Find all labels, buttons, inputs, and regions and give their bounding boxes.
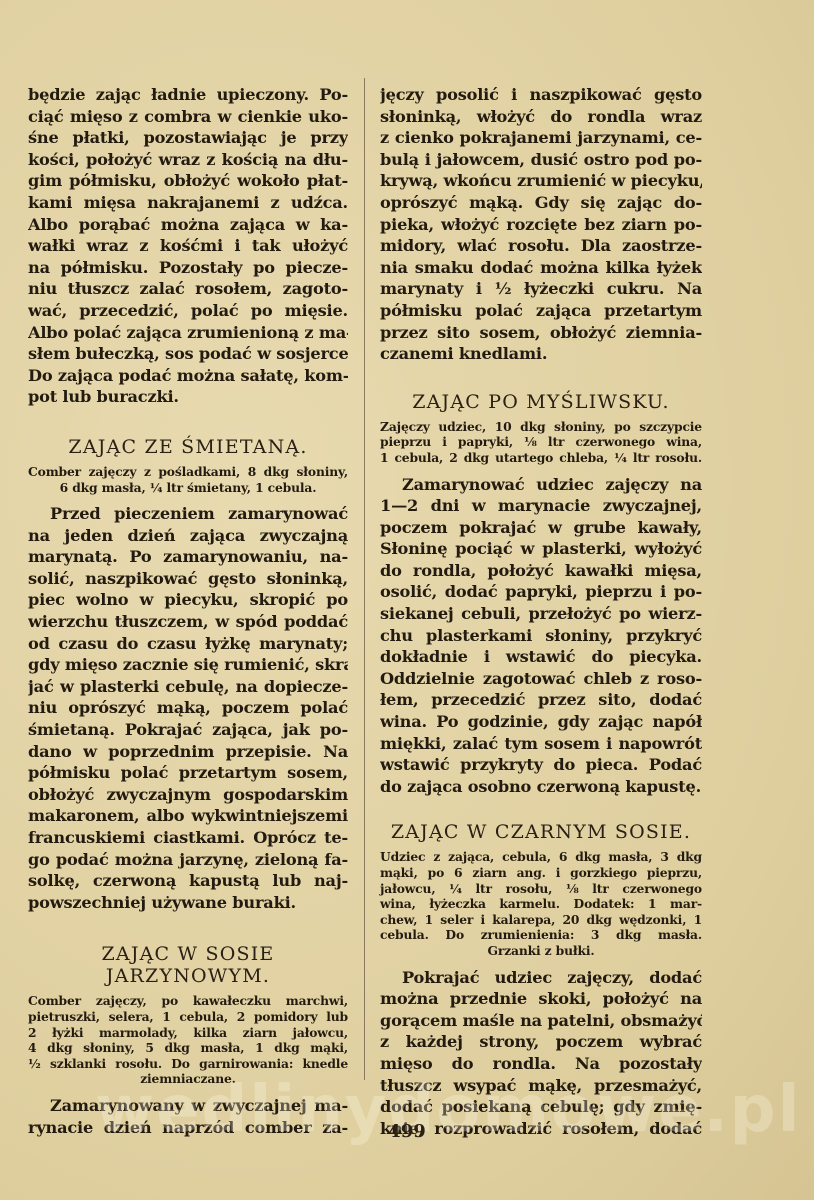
ingredient-line: Comber zajęczy, po kawałeczku marchwi, [28,993,348,1009]
ingredient-line: pieprzu i papryki, ⅛ ltr czerwonego wina… [380,434,702,450]
title-line: JARZYNOWYM. [106,965,270,987]
ingredient-line: cebula. Do zrumienienia: 3 dkg masła. [380,927,702,943]
text-line: go podać można jarzynę, zieloną fa- [28,849,348,871]
text-line: osolić, dodać papryki, pieprzu i po- [380,581,702,603]
text-line: makaronem, albo wykwintniejszemi [28,805,348,827]
text-line: Słoninę pociąć w plasterki, wyłożyć [380,538,702,560]
text-line: wstawić przykryty do pieca. Podać [380,754,702,776]
ingredient-line: pietruszki, selera, 1 cebula, 2 pomidory… [28,1009,348,1025]
text-line: poczem pokrajać w grube kawały, [380,517,702,539]
ingredient-line: 6 dkg masła, ¼ ltr śmietany, 1 cebula. [28,480,348,496]
ingredient-line: Comber zajęczy z pośladkami, 8 dkg słoni… [28,464,348,480]
text-line: kości, położyć wraz z kością na dłu- [28,149,348,171]
text-line: Oddzielnie zagotować chleb z roso- [380,668,702,690]
text-line: powszechniej używane buraki. [28,892,348,914]
text-line: od czasu do czasu łyżkę marynaty; [28,633,348,655]
book-page: będzie zając ładnie upieczony. Po- ciąć … [0,0,814,1200]
text-line: gdy mięso zacznie się rumienić, skra- [28,654,348,676]
text-line: śne płatki, pozostawiając je przy [28,127,348,149]
text-line: dokładnie i wstawić do piecyka. [380,646,702,668]
recipe-title: ZAJĄC W SOSIE JARZYNOWYM. [28,943,348,987]
ingredient-line: ½ szklanki rosołu. Do garnirowania: kned… [28,1056,348,1072]
recipe-method: Pokrajać udziec zajęczy, dodać można prz… [380,967,702,1140]
text-line: przez sito sosem, obłożyć ziemnia- [380,322,702,344]
text-line: Zamarynować udziec zajęczy na [380,474,702,496]
text-line: krywą, wkońcu zrumienić w piecyku, [380,170,702,192]
recipe-method: Przed pieczeniem zamarynować na jeden dz… [28,503,348,913]
ingredient-line: Grzanki z bułki. [380,943,702,959]
text-line: obłożyć zwyczajnym gospodarskim [28,784,348,806]
intro-paragraph: będzie zając ładnie upieczony. Po- ciąć … [28,84,348,408]
text-line: z cienko pokrajanemi jarzynami, ce- [380,127,702,149]
text-line: solić, naszpikować gęsto słoninką, [28,568,348,590]
text-line: bulą i jałowcem, dusić ostro pod po- [380,149,702,171]
text-line: pot lub buraczki. [28,386,348,408]
text-line: Przed pieczeniem zamarynować [28,503,348,525]
text-line: można przednie skoki, położyć na [380,988,702,1010]
text-line: słoninką, włożyć do rondla wraz [380,106,702,128]
text-line: słem bułeczką, sos podać w sosjerce. [28,343,348,365]
title-line: ZAJĄC W SOSIE [102,943,275,965]
recipe-method: Zamarynować udziec zajęczy na 1—2 dni w … [380,474,702,798]
text-line: wina. Po godzinie, gdy zając napół [380,711,702,733]
text-line: Do zająca podać można sałatę, kom- [28,365,348,387]
text-line: niu oprószyć mąką, poczem polać [28,697,348,719]
ingredient-line: 1 cebula, 2 dkg utartego chleba, ¼ ltr r… [380,450,702,466]
text-line: łem, przecedzić przez sito, dodać [380,689,702,711]
text-line: chu plasterkami słoniny, przykryć [380,625,702,647]
text-line: niu tłuszcz zalać rosołem, zagoto- [28,278,348,300]
text-line: wać, przecedzić, polać po mięsie. [28,300,348,322]
ingredient-line: chew, 1 seler i kalarepa, 20 dkg wędzonk… [380,912,702,928]
text-line: gim półmisku, obłożyć wokoło płat- [28,170,348,192]
text-line: śmietaną. Pokrajać zająca, jak po- [28,719,348,741]
continuation-paragraph: jęczy posolić i naszpikować gęsto słonin… [380,84,702,365]
text-line: oprószyć mąką. Gdy się zając do- [380,192,702,214]
text-line: pieka, włożyć rozcięte bez ziarn po- [380,214,702,236]
recipe-title: ZAJĄC W CZARNYM SOSIE. [380,821,702,843]
recipe-title: ZAJĄC PO MYŚLIWSKU. [380,391,702,413]
text-line: francuskiemi ciastkami. Oprócz te- [28,827,348,849]
text-line: z każdej strony, poczem wybrać [380,1031,702,1053]
ingredient-line: 2 łyżki marmolady, kilka ziarn jałowcu, [28,1025,348,1041]
ingredient-line: Zajęczy udziec, 10 dkg słoniny, po szczy… [380,419,702,435]
text-line: dodać posiekaną cebulę; gdy zmię- [380,1096,702,1118]
text-line: Albo polać zająca zrumienioną z ma- [28,322,348,344]
right-column: jęczy posolić i naszpikować gęsto słonin… [380,84,702,1139]
text-line: Albo porąbać można zająca w ka- [28,214,348,236]
ingredient-line: mąki, po 6 ziarn ang. i gorzkiego pieprz… [380,865,702,881]
text-line: midory, wlać rosołu. Dla zaostrze- [380,235,702,257]
text-line: ciąć mięso z combra w cienkie uko- [28,106,348,128]
text-line: jać w plasterki cebulę, na dopiecze- [28,676,348,698]
text-line: tłuszcz wsypać mąkę, przesmażyć, [380,1075,702,1097]
text-line: piec wolno w piecyku, skropić po [28,589,348,611]
text-line: będzie zając ładnie upieczony. Po- [28,84,348,106]
text-line: jęczy posolić i naszpikować gęsto [380,84,702,106]
text-line: czanemi knedlami. [380,343,702,365]
text-line: 1—2 dni w marynacie zwyczajnej, [380,495,702,517]
ingredients-list: Udziec z zająca, cebula, 6 dkg masła, 3 … [380,849,702,958]
text-line: dano w poprzednim przepisie. Na [28,741,348,763]
text-line: do zająca osobno czerwoną kapustę. [380,776,702,798]
text-line: półmisku polać przetartym sosem, [28,762,348,784]
left-column: będzie zając ładnie upieczony. Po- ciąć … [28,84,348,1138]
text-line: na półmisku. Pozostały po piecze- [28,257,348,279]
text-line: mięso do rondla. Na pozostały [380,1053,702,1075]
ingredients-list: Comber zajęczy z pośladkami, 8 dkg słoni… [28,464,348,495]
text-line: nia smaku dodać można kilka łyżek [380,257,702,279]
text-line: do rondla, położyć kawałki mięsa, [380,560,702,582]
text-line: kami mięsa nakrajanemi z udźca. [28,192,348,214]
text-line: miękki, zalać tym sosem i napowrót [380,733,702,755]
text-line: gorącem maśle na patelni, obsmażyć [380,1010,702,1032]
ingredient-line: Udziec z zająca, cebula, 6 dkg masła, 3 … [380,849,702,865]
page-number: 499 [0,1121,814,1142]
text-line: marynatą. Po zamarynowaniu, na- [28,546,348,568]
ingredients-list: Zajęczy udziec, 10 dkg słoniny, po szczy… [380,419,702,466]
text-line: półmisku polać zająca przetartym [380,300,702,322]
ingredient-line: ziemniaczane. [28,1071,348,1087]
text-line: solkę, czerwoną kapustą lub naj- [28,870,348,892]
ingredient-line: jałowcu, ¼ ltr rosołu, ⅛ ltr czerwonego [380,881,702,897]
ingredients-list: Comber zajęczy, po kawałeczku marchwi, p… [28,993,348,1087]
column-divider [364,78,365,1080]
text-line: Zamarynowany w zwyczajnej ma- [28,1095,348,1117]
recipe-title: ZAJĄC ZE ŚMIETANĄ. [28,436,348,458]
ingredient-line: wina, łyżeczka karmelu. Dodatek: 1 mar- [380,896,702,912]
text-line: marynaty i ½ łyżeczki cukru. Na [380,278,702,300]
ingredient-line: 4 dkg słoniny, 5 dkg masła, 1 dkg mąki, [28,1040,348,1056]
text-line: na jeden dzień zająca zwyczajną [28,525,348,547]
text-line: siekanej cebuli, przełożyć po wierz- [380,603,702,625]
text-line: Pokrajać udziec zajęczy, dodać [380,967,702,989]
text-line: wierzchu tłuszczem, w spód poddać [28,611,348,633]
text-line: wałki wraz z kośćmi i tak ułożyć [28,235,348,257]
